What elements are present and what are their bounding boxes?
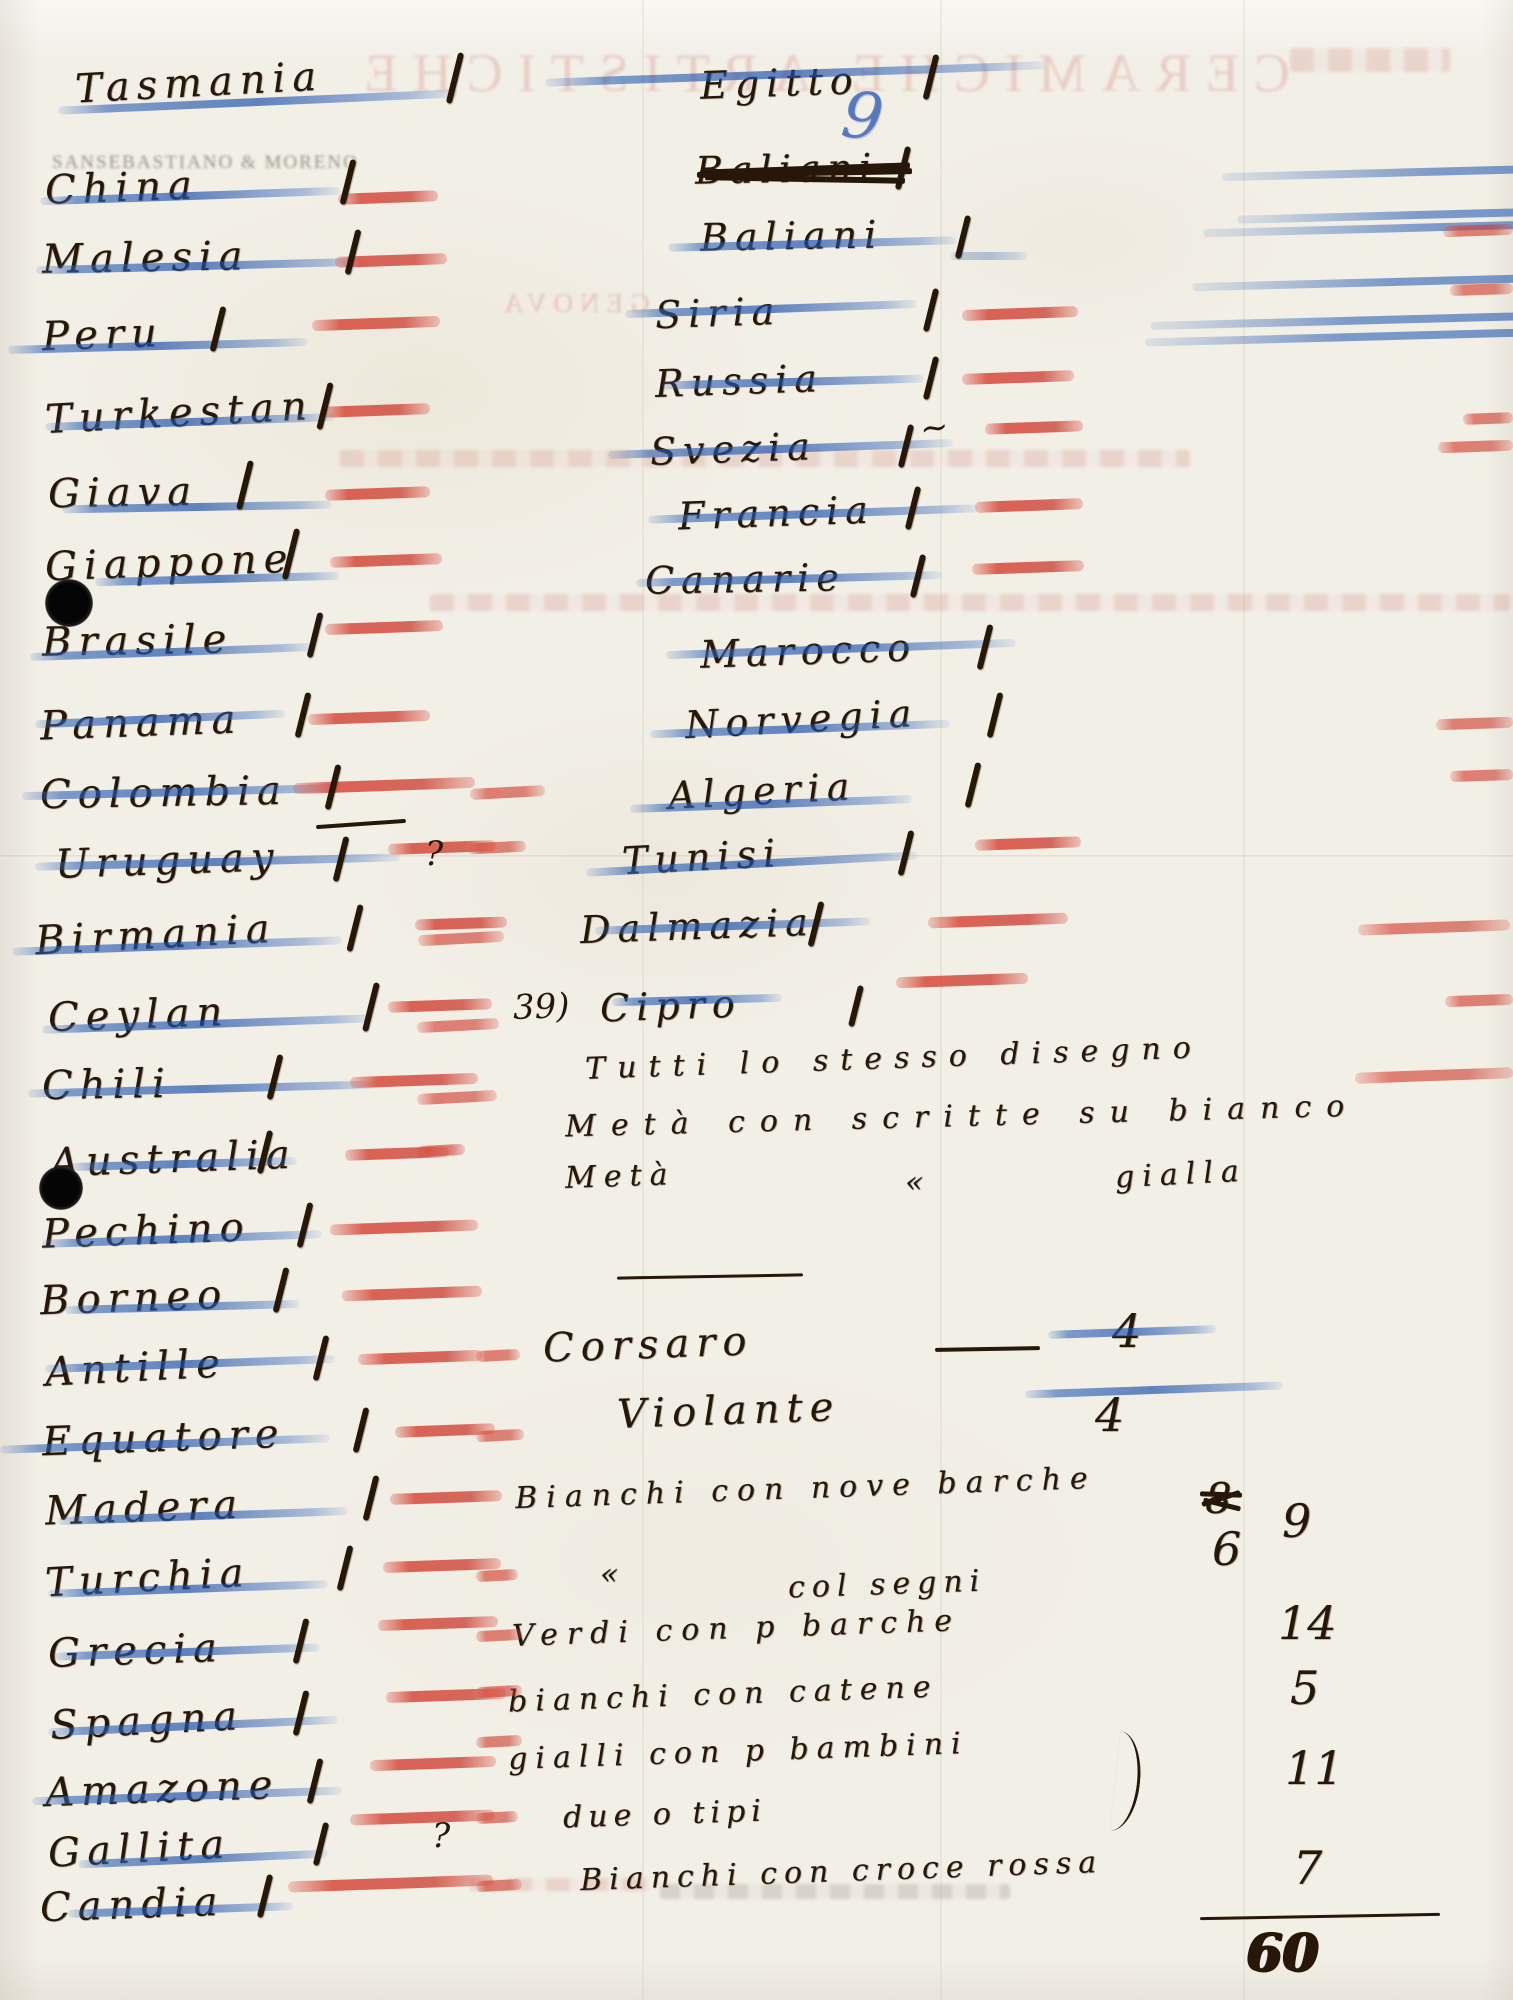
- showthrough-text-strip: [430, 594, 1510, 611]
- ship-name: Corsaro: [542, 1318, 754, 1371]
- country-name: Turchia: [44, 1550, 252, 1607]
- blue-crayon-line: [1237, 176, 1513, 223]
- red-crayon-dash: [325, 486, 430, 501]
- red-crayon-dash: [417, 1144, 466, 1157]
- ditto-mark: «: [905, 1166, 931, 1201]
- country-name: Pechino: [41, 1204, 251, 1257]
- red-crayon-dash: [1355, 1067, 1513, 1084]
- red-crayon-dash: [468, 840, 526, 854]
- red-crayon-dash: [476, 1811, 519, 1824]
- red-crayon-dash: [476, 1429, 525, 1442]
- red-crayon-dash: [470, 785, 545, 800]
- tally-mark: [345, 229, 362, 275]
- red-crayon-dash: [1463, 412, 1513, 425]
- red-crayon-dash: [476, 1569, 519, 1582]
- total-value: 60: [1247, 1928, 1319, 1980]
- tally-mark: [923, 288, 939, 332]
- country-name: Madera: [44, 1482, 245, 1535]
- flag-count-value: 5: [1290, 1665, 1319, 1711]
- country-name: Gallita: [47, 1821, 232, 1877]
- tally-mark: [267, 1054, 284, 1100]
- country-name: Borneo: [39, 1272, 229, 1325]
- red-crayon-dash: [1438, 440, 1513, 454]
- red-crayon-dash: [896, 973, 1028, 989]
- flag-count-value: 7: [1293, 1845, 1322, 1891]
- question-mark-note: ?: [432, 1816, 450, 1856]
- tally-mark: [848, 985, 864, 1027]
- tally-mark: [297, 1202, 314, 1248]
- tally-mark: [307, 612, 324, 658]
- country-name: Baliani: [700, 213, 884, 260]
- red-crayon-dash: [370, 1756, 496, 1771]
- country-name: Malesia: [42, 233, 250, 283]
- flag-count-label: gialli con p bambini: [508, 1727, 970, 1778]
- tally-mark: [346, 904, 363, 952]
- note-line: Metà: [564, 1158, 676, 1196]
- corsaro-dash: [935, 1346, 1040, 1352]
- tally-mark: [337, 1545, 354, 1591]
- tally-mark: [987, 692, 1004, 738]
- red-crayon-dash: [1358, 919, 1510, 935]
- red-crayon-dash: [975, 836, 1081, 851]
- question-mark-note: ?: [425, 834, 443, 874]
- red-crayon-dash: [288, 1874, 493, 1892]
- red-crayon-dash: [985, 420, 1083, 434]
- tally-mark: [965, 762, 982, 808]
- tally-mark: [257, 1874, 273, 1918]
- flag-count-label: due o tipi: [562, 1794, 767, 1836]
- red-crayon-dash: [342, 1286, 482, 1302]
- red-crayon-dash: [417, 1018, 499, 1033]
- fold-crease: [940, 0, 942, 2000]
- red-crayon-dash: [928, 913, 1068, 929]
- note-line: Tutti lo stesso disegno: [585, 1031, 1204, 1087]
- red-crayon-dash: [308, 710, 430, 725]
- country-name: Norvegia: [684, 692, 919, 748]
- red-crayon-dash: [312, 316, 440, 331]
- red-crayon-dash: [1436, 717, 1513, 731]
- ship-name: Violante: [616, 1384, 841, 1438]
- flag-count-value: 6: [1212, 1526, 1241, 1572]
- country-name: China: [44, 162, 199, 213]
- red-crayon-dash: [358, 1350, 482, 1365]
- red-crayon-dash: [350, 1073, 478, 1088]
- red-crayon-dash: [293, 777, 475, 794]
- flag-count-label: col segni: [787, 1565, 986, 1606]
- red-crayon-dash: [388, 998, 492, 1013]
- red-crayon-dash: [415, 916, 507, 930]
- red-crayon-dash: [350, 1809, 495, 1825]
- tally-mark: [293, 1618, 310, 1664]
- country-name: Cipro: [599, 983, 742, 1032]
- flag-count-value: 9: [1282, 1498, 1311, 1544]
- red-crayon-dash: [325, 620, 443, 635]
- red-crayon-dash: [330, 553, 442, 568]
- country-name: Egitto: [699, 59, 860, 108]
- red-crayon-dash: [962, 306, 1078, 321]
- section-divider-stroke: [617, 1273, 803, 1279]
- flag-count-value: 14: [1278, 1600, 1337, 1646]
- punch-hole: [45, 579, 93, 627]
- tally-mark: [353, 1407, 370, 1453]
- country-name: Chili: [42, 1061, 173, 1109]
- fold-crease: [1243, 0, 1245, 2000]
- country-name: Tunisi: [621, 832, 783, 884]
- showthrough-text-strip: [1290, 48, 1450, 72]
- country-name: Turkestan: [44, 383, 315, 443]
- tally-mark: [293, 1690, 310, 1736]
- tally-mark: [313, 1822, 329, 1866]
- ditto-mark: «: [600, 1558, 626, 1593]
- red-crayon-dash: [320, 403, 430, 418]
- blue-crayon-line: [1222, 127, 1513, 181]
- total-rule: [1200, 1913, 1440, 1920]
- flag-count-label: bianchi con catene: [508, 1670, 940, 1720]
- tally-mark: [307, 1758, 324, 1804]
- red-crayon-dash: [476, 1349, 521, 1362]
- red-crayon-dash: [1450, 769, 1513, 782]
- blue-nine-annotation: 9: [838, 78, 887, 156]
- cipro-number-prefix: 39): [512, 986, 570, 1028]
- tally-overline: [316, 819, 406, 829]
- flag-count-label: Verdi con p barche: [512, 1604, 962, 1654]
- red-crayon-dash: [330, 1219, 478, 1235]
- manuscript-page: CERAMICHE ARTISTICHE SANSEBASTIANO & MOR…: [0, 0, 1513, 2000]
- red-crayon-dash: [390, 1490, 502, 1505]
- red-crayon-dash: [417, 1090, 497, 1105]
- punch-hole: [39, 1166, 83, 1210]
- flag-count-value: 11: [1285, 1745, 1344, 1791]
- red-crayon-dash: [1445, 994, 1513, 1007]
- note-line: Metà con scritte su bianco: [565, 1090, 1360, 1145]
- ship-count: 4: [1095, 1392, 1124, 1438]
- country-name: Ceylan: [47, 989, 230, 1041]
- red-crayon-dash: [378, 1616, 498, 1631]
- tally-mark: [923, 356, 939, 400]
- tally-mark: [363, 1475, 380, 1521]
- tally-mark: [362, 982, 380, 1032]
- red-crayon-dash: [962, 370, 1074, 385]
- grouping-brace: [1110, 1731, 1145, 1833]
- red-crayon-dash: [338, 190, 438, 204]
- note-line: gialla: [1114, 1155, 1247, 1196]
- red-crayon-dash: [418, 931, 504, 946]
- red-crayon-dash: [972, 560, 1084, 575]
- tilde-mark: ~: [917, 406, 951, 450]
- country-name: Birmania: [34, 906, 278, 965]
- flag-count-label: Bianchi con nove barche: [515, 1462, 1098, 1517]
- red-crayon-dash: [1443, 224, 1513, 237]
- red-crayon-dash: [1450, 283, 1513, 296]
- red-crayon-dash: [975, 498, 1083, 513]
